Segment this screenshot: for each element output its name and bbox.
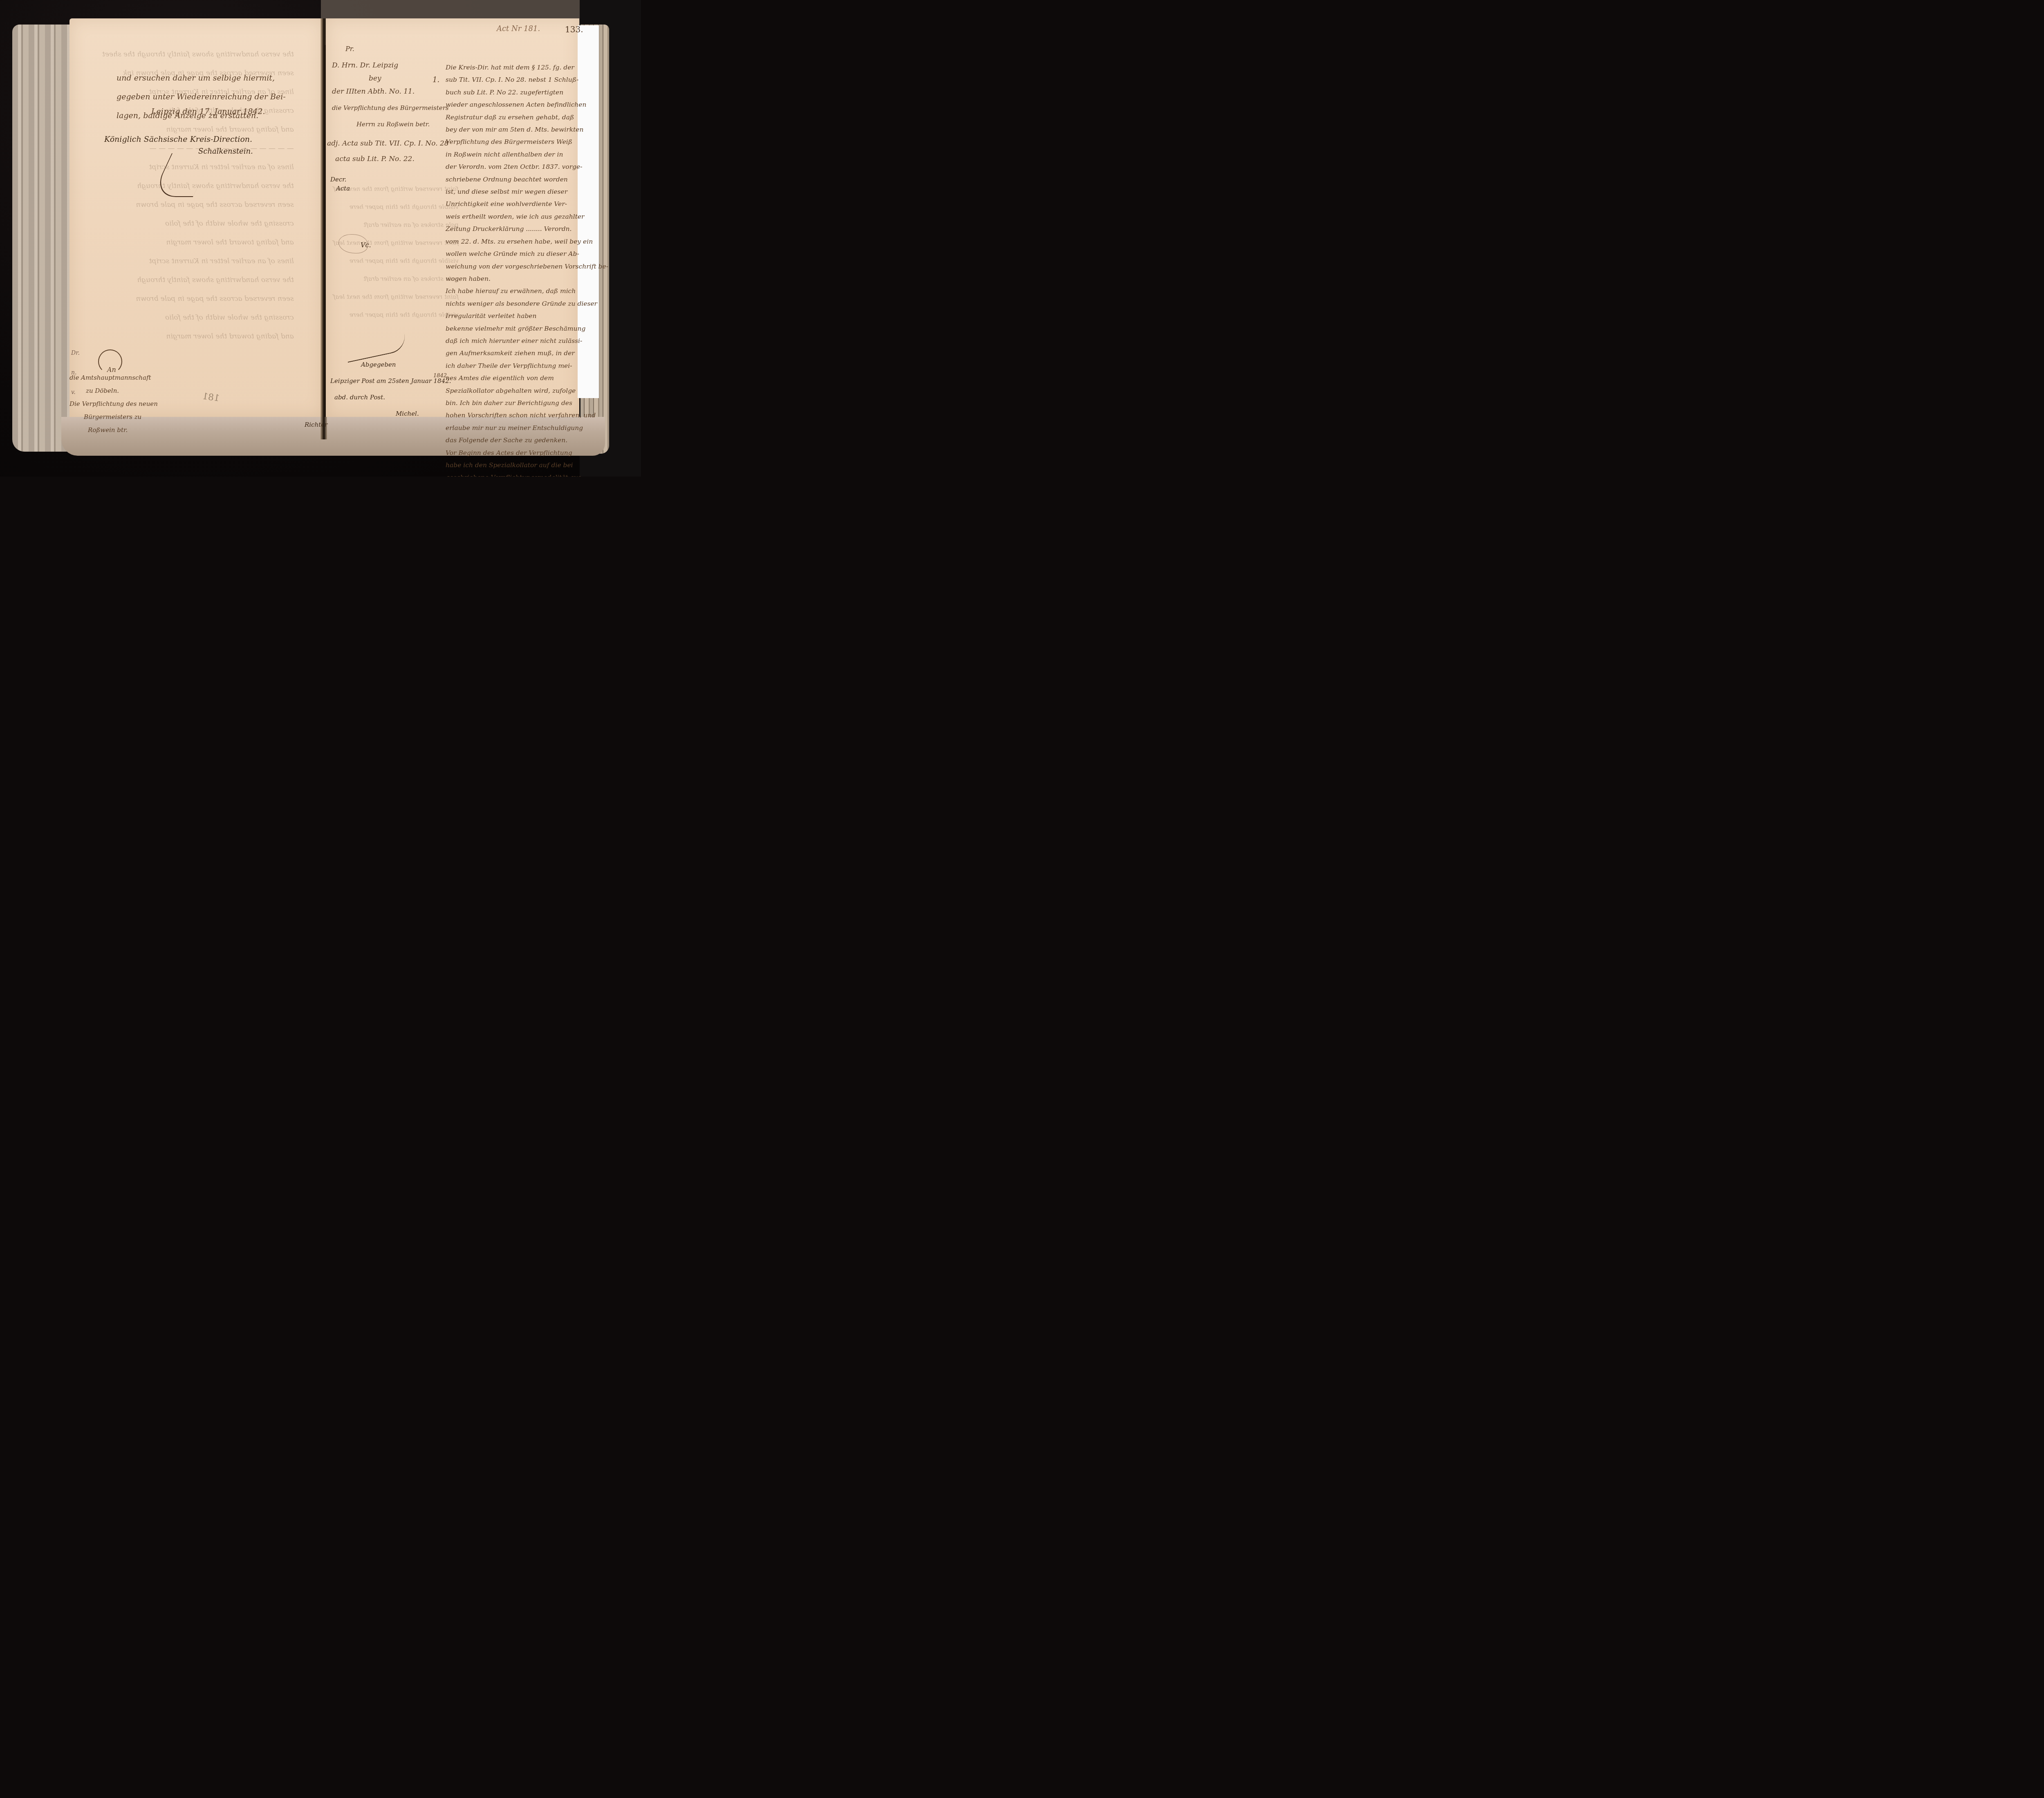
report-line: der Verordn. vom 2ten Octbr. 1837. vorge… — [446, 161, 608, 173]
file-references: adj. Acta sub Tit. VII. Cp. I. No. 28 ac… — [327, 136, 449, 167]
dispatch-note-line: abd. durch Post. — [330, 389, 451, 405]
report-line: bekenne vielmehr mit größter Beschämung — [446, 322, 608, 335]
report-line: ich daher Theile der Verpflichtung mei- — [446, 360, 608, 372]
report-line: wieder angeschlossenen Acten befindliche… — [446, 99, 608, 111]
tear-mark-text: Vc. — [361, 241, 371, 249]
report-line: Registratur daß zu ersehen gehabt, daß — [446, 111, 608, 123]
report-line: nes Amtes die eigentlich von dem — [446, 372, 608, 384]
report-line: sub Tit. VII. Cp. I. No 28. nebst 1 Schl… — [446, 74, 608, 86]
reference-line: adj. Acta sub Tit. VII. Cp. I. No. 28 — [327, 136, 449, 151]
addressee-line: D. Hrn. Dr. Leipzig — [332, 57, 449, 74]
report-line: ist, und diese selbst mir wegen dieser — [446, 186, 608, 198]
margin-mark: v. — [71, 383, 80, 402]
left-margin-marks: Dr. n. v. — [71, 343, 80, 402]
report-line: wogen haben. — [446, 273, 608, 285]
report-line: vom 22. d. Mts. zu ersehen habe, weil be… — [446, 235, 608, 248]
decree-line: Decr. — [330, 175, 350, 184]
reference-line: acta sub Lit. P. No. 22. — [327, 151, 449, 167]
address-line: Roßwein btr. — [69, 423, 158, 437]
address-line: zu Döbeln. — [69, 384, 158, 397]
report-line: buch sub Lit. P. No 22. zugefertigten — [446, 86, 608, 99]
address-line: die Amtshauptmannschaft — [69, 371, 158, 384]
report-text-column: Die Kreis-Dir. hat mit dem § 125. fg. de… — [446, 61, 608, 477]
addressee-block: D. Hrn. Dr. Leipzig bey der IIIten Abth.… — [332, 57, 449, 132]
margin-mark: Dr. — [71, 343, 80, 363]
margin-mark: n. — [71, 363, 80, 383]
decree-note: Decr. Acta — [330, 175, 350, 193]
report-line: in Roßwein nicht allenthalben der in — [446, 148, 608, 161]
decree-line: Acta — [330, 184, 350, 193]
report-line: nichts weniger als besondere Gründe zu d… — [446, 298, 608, 310]
report-line: Spezialkollator abgehalten wird, zufolge — [446, 385, 608, 397]
report-line: daß ich mich hierunter einer nicht zuläs… — [446, 335, 608, 347]
report-line: Die Kreis-Dir. hat mit dem § 125. fg. de… — [446, 61, 608, 74]
act-reference: Act Nr 181. — [497, 25, 540, 33]
left-body-line: gegeben unter Wiedereinreichung der Bei- — [117, 87, 286, 106]
report-line: weichung von der vorgeschriebenen Vorsch… — [446, 260, 608, 273]
report-line: wollen welche Gründe mich zu dieser Ab- — [446, 248, 608, 260]
report-line: geschriebene Verpflichtungsmodalität aus… — [446, 471, 608, 477]
letter-date: Leipzig den 17. Januar 1842. — [151, 107, 265, 116]
report-line: schriebene Ordnung beachtet worden — [446, 173, 608, 186]
left-body-text: und ersuchen daher um selbige hiermit, g… — [117, 69, 286, 125]
report-line: gen Aufmerksamkeit ziehen muß, in der — [446, 347, 608, 359]
middle-margin-mark: 1. — [433, 76, 439, 84]
addressee-line: der IIIten Abth. No. 11. — [332, 83, 449, 100]
folio-number: 133. — [565, 25, 583, 34]
report-line: weis ertheilt worden, wie ich aus gezahl… — [446, 210, 608, 223]
report-line: hohen Vorschriften schon nicht verfahren… — [446, 409, 608, 421]
left-body-line: und ersuchen daher um selbige hiermit, — [117, 69, 286, 87]
dispatch-signature: Michel. — [330, 405, 451, 422]
report-line: erlaube mir nur zu meiner Entschuldigung — [446, 422, 608, 434]
issuing-authority: Königlich Sächsische Kreis-Direction. — [104, 135, 252, 144]
addressee-line: Herrn zu Roßwein betr. — [332, 116, 449, 132]
report-line: das Folgende der Sache zu gedenken. — [446, 434, 608, 446]
report-line: bin. Ich bin daher zur Berichtigung des — [446, 397, 608, 409]
report-line: Zeitung Druckerklärung ........ Verordn. — [446, 223, 608, 235]
addressee-line: bey — [332, 74, 449, 83]
report-line: Unrichtigkeit eine wohlverdiente Ver- — [446, 198, 608, 210]
recipient-address: die Amtshauptmannschaft zu Döbeln. Die V… — [69, 371, 158, 437]
report-line: Vor Beginn des Actes der Verpflichtung — [446, 447, 608, 459]
address-line: Die Verpflichtung des neuen — [69, 397, 158, 410]
addressee-line: die Verpflichtung des Bürgermeisters — [332, 100, 449, 116]
report-line: Ich habe hierauf zu erwähnen, daß mich — [446, 285, 608, 297]
report-line: Verpflichtung des Bürgermeisters Weiß — [446, 136, 608, 148]
presentation-mark: Pr. — [345, 45, 354, 53]
dispatch-note: Abgegeben Leipziger Post am 25sten Janua… — [330, 356, 451, 422]
dispatch-label: Abgegeben — [330, 356, 451, 373]
report-line: bey der von mir am 5ten d. Mts. bewirkte… — [446, 123, 608, 136]
report-line: Irregularität verleitet haben — [446, 310, 608, 322]
report-line: habe ich den Spezialkollator auf die bei — [446, 459, 608, 471]
address-line: Bürgermeisters zu — [69, 410, 158, 423]
